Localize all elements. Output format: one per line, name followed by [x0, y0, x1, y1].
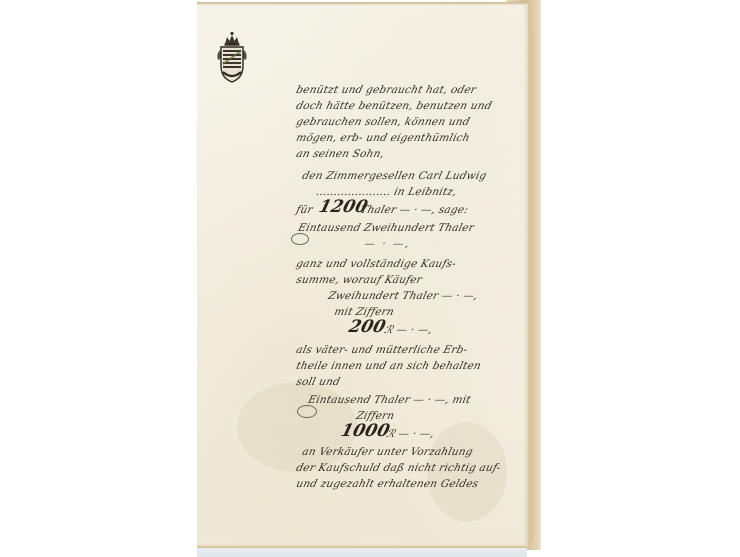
scanned-document: Royal Saxon coat of arms stamp — [0, 0, 740, 557]
text-line: benützt und gebraucht hat, oder — [295, 85, 477, 96]
text-line: — · —, — [363, 239, 412, 250]
text-line: mit Ziffern — [333, 307, 395, 318]
text-line: doch hätte benützen, benutzen und — [295, 101, 493, 112]
text-line: ..................... in Leibnitz, — [315, 187, 458, 198]
text-line: gebrauchen sollen, können und — [295, 117, 471, 128]
text-line: soll und — [295, 377, 341, 388]
text-line: der Kaufschuld daß nicht richtig auf- — [295, 463, 502, 474]
text-line: für — [295, 205, 314, 216]
text-line: Zweihundert Thaler — · —, — [327, 291, 479, 302]
text-line: Eintausend Thaler — · —, mit — [307, 395, 472, 406]
text-line: als väter- und mütterliche Erb- — [295, 345, 469, 356]
text-line: an seinen Sohn, — [295, 149, 385, 160]
amount-paid: 1000 — [339, 423, 391, 440]
text-line: Thaler — · —, sage: — [359, 205, 469, 216]
text-line: Ziffern — [355, 411, 395, 422]
text-line: Eintausend Zweihundert Thaler — [297, 223, 475, 234]
text-line: den Zimmergesellen Carl Ludwig — [301, 171, 488, 182]
ink-flourish — [297, 405, 317, 418]
text-line: ℛ — · —, — [383, 325, 433, 336]
text-line: ganz und vollständige Kaufs- — [295, 259, 457, 270]
text-line: summe, worauf Käufer — [295, 275, 423, 286]
text-line: und zugezahlt erhaltenen Geldes — [295, 479, 480, 490]
text-line: mögen, erb- und eigenthümlich — [295, 133, 471, 144]
saxony-coat-of-arms-icon: Royal Saxon coat of arms stamp — [214, 30, 250, 86]
text-line: an Verkäufer unter Vorzahlung — [301, 447, 474, 458]
page-top-edge — [197, 2, 528, 5]
amount-retained: 200 — [347, 319, 387, 336]
ink-flourish — [291, 233, 309, 245]
manuscript-page: Royal Saxon coat of arms stamp — [197, 2, 529, 548]
text-line: ℛ — · —, — [385, 429, 435, 440]
text-line: theile innen und an sich behalten — [295, 361, 482, 372]
